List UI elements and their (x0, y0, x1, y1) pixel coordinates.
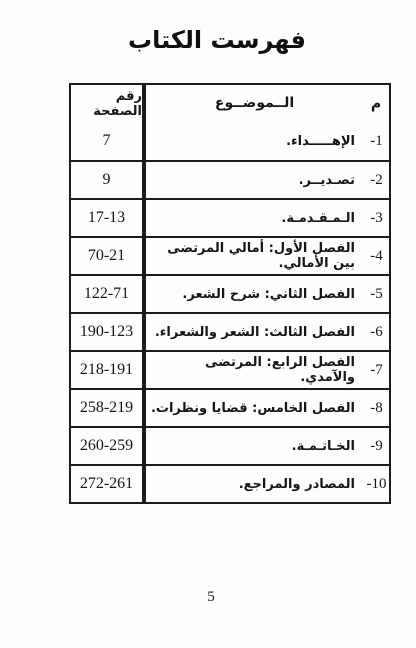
subject-cell: تصـديــر. (144, 162, 363, 198)
header-subject: الــموضــوع (144, 85, 363, 122)
page-range-cell: 70-21 (71, 238, 144, 274)
serial-cell: -5 (363, 276, 389, 312)
page-range-cell: 190-123 (71, 314, 144, 350)
page-range-cell: 218-191 (71, 352, 144, 388)
serial-cell: -9 (363, 428, 389, 464)
toc-row: 272-261 المصادر والمراجع. -10 (71, 464, 389, 502)
header-serial: م (363, 85, 389, 122)
page-range-cell: 17-13 (71, 200, 144, 236)
toc-row: 9 تصـديــر. -2 (71, 160, 389, 198)
subject-cell: الفصل الرابع: المرتضى والآمدي. (144, 352, 363, 388)
subject-cell: الخـاتـمـة. (144, 428, 363, 464)
serial-cell: -10 (363, 466, 389, 502)
page-range-cell: 258-219 (71, 390, 144, 426)
subject-cell: المصادر والمراجع. (144, 466, 363, 502)
toc-row: 70-21 الفصل الأول: أمالي المرتضى بين الأ… (71, 236, 389, 274)
toc-row: 260-259 الخـاتـمـة. -9 (71, 426, 389, 464)
toc-header-row: رقم الصفحة الــموضــوع م (71, 85, 389, 122)
subject-cell: الفصل الثالث: الشعر والشعراء. (144, 314, 363, 350)
serial-cell: -8 (363, 390, 389, 426)
toc-table: رقم الصفحة الــموضــوع م 7 الإهـــــداء.… (69, 83, 391, 504)
toc-row: 122-71 الفصل الثاني: شرح الشعر. -5 (71, 274, 389, 312)
subject-cell: الفصل الأول: أمالي المرتضى بين الأمالي. (144, 238, 363, 274)
page-range-cell: 9 (71, 162, 144, 198)
page-range-cell: 122-71 (71, 276, 144, 312)
page-range-cell: 7 (71, 122, 144, 160)
page-range-cell: 272-261 (71, 466, 144, 502)
serial-cell: -4 (363, 238, 389, 274)
toc-row: 190-123 الفصل الثالث: الشعر والشعراء. -6 (71, 312, 389, 350)
folio-page-number: 5 (196, 589, 226, 606)
subject-cell: الفصل الخامس: قضايا ونظرات. (144, 390, 363, 426)
serial-cell: -3 (363, 200, 389, 236)
subject-cell: الفصل الثاني: شرح الشعر. (144, 276, 363, 312)
toc-row: 218-191 الفصل الرابع: المرتضى والآمدي. -… (71, 350, 389, 388)
toc-row: 7 الإهـــــداء. -1 (71, 122, 389, 160)
toc-row: 258-219 الفصل الخامس: قضايا ونظرات. -8 (71, 388, 389, 426)
subject-cell: الإهـــــداء. (144, 122, 363, 160)
toc-row: 17-13 الـمـقـدمـة. -3 (71, 198, 389, 236)
serial-cell: -7 (363, 352, 389, 388)
toc-title: فهرست الكتاب (58, 26, 376, 54)
subject-cell: الـمـقـدمـة. (144, 200, 363, 236)
serial-cell: -2 (363, 162, 389, 198)
page-range-cell: 260-259 (71, 428, 144, 464)
serial-cell: -6 (363, 314, 389, 350)
scanned-book-page: فهرست الكتاب رقم الصفحة الــموضــوع م 7 … (0, 0, 416, 648)
serial-cell: -1 (363, 122, 389, 160)
header-page-number: رقم الصفحة (71, 85, 144, 122)
